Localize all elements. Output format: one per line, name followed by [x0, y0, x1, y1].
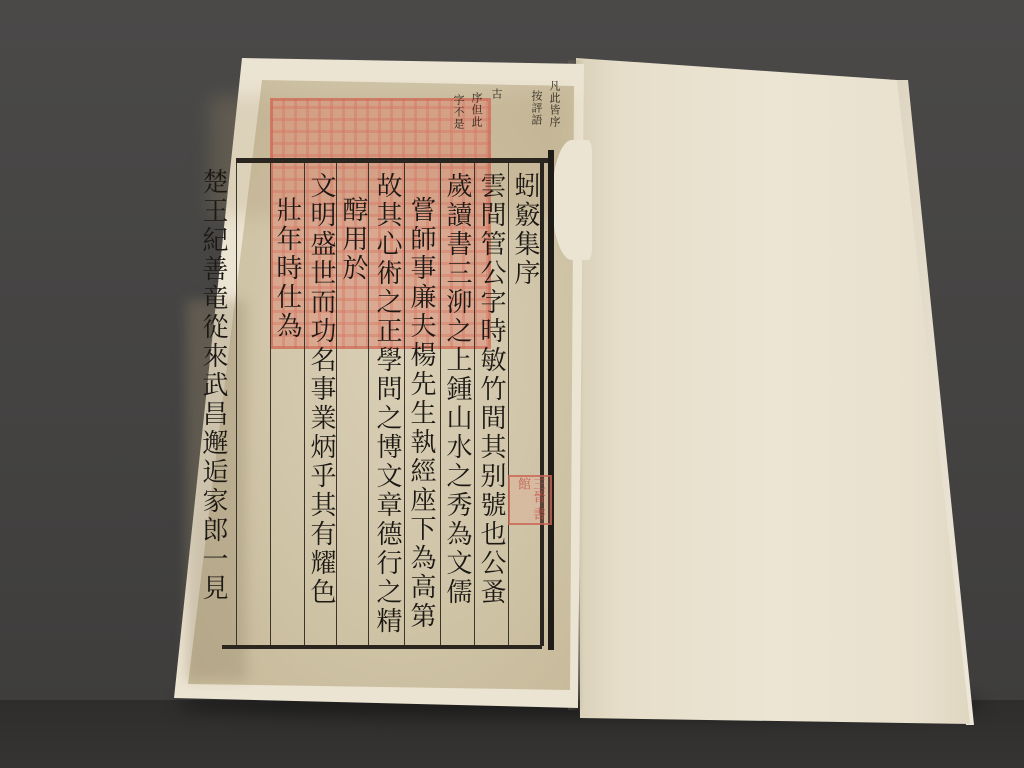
text-column-2: 歲讀書三泖之上鍾山水之秀為文儒 — [442, 172, 472, 607]
text-column-8: 楚王紀善竜從來武昌邂逅家郎一見 — [198, 168, 228, 603]
column-rule — [474, 163, 475, 645]
text-column-6: 文明盛世而功名事業炳乎其有耀色 — [306, 172, 336, 607]
column-rule — [368, 163, 369, 645]
handwritten-note: 按評語 — [530, 90, 543, 126]
column-rule — [508, 163, 509, 645]
handwritten-note: 凡此皆序 — [548, 80, 561, 128]
torn-page-edge — [552, 140, 592, 260]
print-frame-top — [236, 158, 548, 163]
column-rule — [404, 163, 405, 645]
text-column-5: 醇用於 — [338, 196, 368, 283]
print-frame-bottom — [222, 645, 542, 649]
text-column-1: 雲間管公字時敏竹間其别號也公蚤 — [476, 172, 506, 607]
column-rule — [336, 163, 337, 645]
handwritten-note: 古 — [490, 88, 503, 100]
column-rule — [270, 163, 271, 645]
text-column-3: 嘗師事廉夫楊先生執經座下為高第 — [406, 196, 436, 631]
print-frame-center-fold — [548, 150, 554, 650]
print-frame-right — [540, 158, 544, 646]
text-column-4: 故其心術之正學問之博文章德行之精 — [372, 172, 402, 636]
handwritten-note: 序但此 — [470, 92, 483, 128]
text-column-7: 壯年時仕為 — [272, 196, 302, 341]
preface-title: 蚓竅集序 — [510, 172, 540, 288]
column-rule — [440, 163, 441, 645]
small-red-seal: 三晉 書館 — [508, 475, 552, 525]
column-rule — [304, 163, 305, 645]
column-rule — [236, 163, 237, 645]
handwritten-note: 字不是 — [452, 94, 465, 130]
